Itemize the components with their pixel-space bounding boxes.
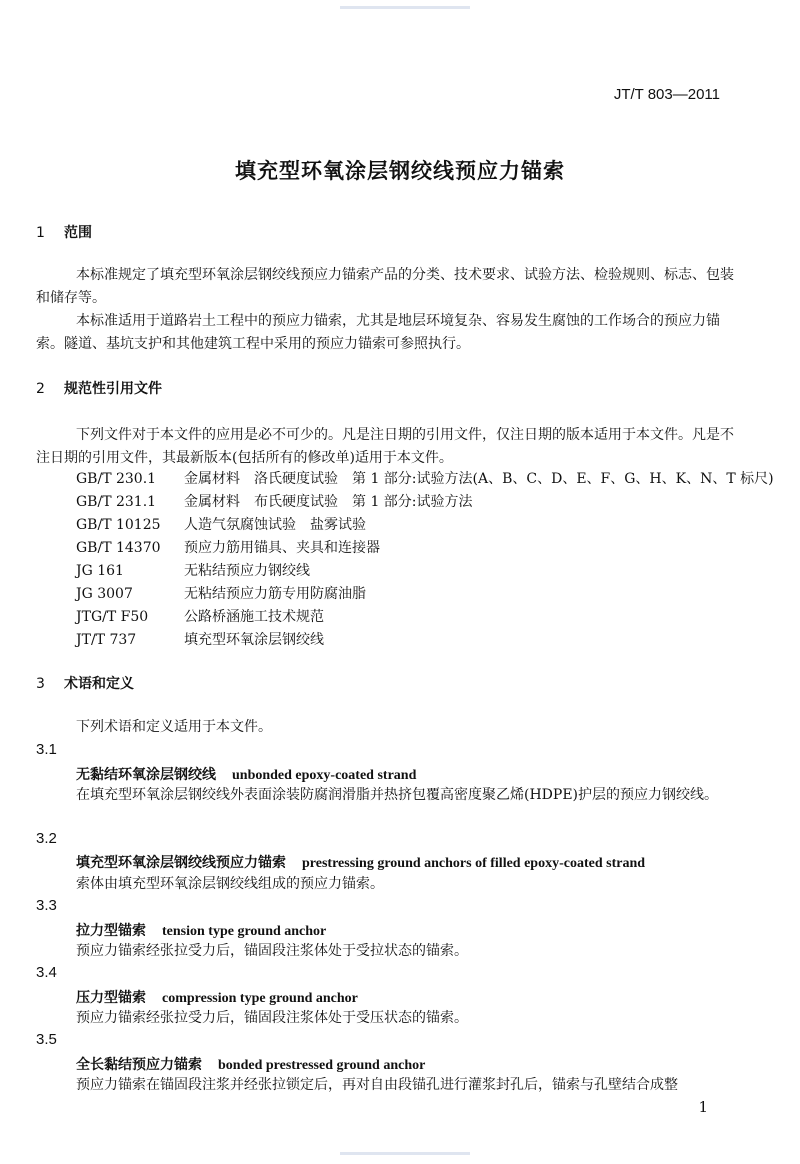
term-zh: 拉力型锚索 bbox=[76, 923, 146, 939]
section-title: 规范性引用文件 bbox=[64, 381, 162, 397]
section-heading-2: 2规范性引用文件 bbox=[36, 378, 162, 398]
reference-item: GB/T 10125人造气氛腐蚀试验 盐雾试验 bbox=[76, 514, 366, 537]
reference-code: JT/T 737 bbox=[76, 629, 184, 652]
reference-code: JTG/T F50 bbox=[76, 606, 184, 629]
term-number: 3.3 bbox=[36, 897, 57, 914]
term-heading: 填充型环氧涂层钢绞线预应力锚索prestressing ground ancho… bbox=[76, 852, 645, 872]
term-definition: 在填充型环氧涂层钢绞线外表面涂装防腐润滑脂并热挤包覆高密度聚乙烯(HDPE)护层… bbox=[36, 784, 736, 807]
section-number: 3 bbox=[36, 676, 64, 692]
term-heading: 全长黏结预应力锚索bonded prestressed ground ancho… bbox=[76, 1054, 425, 1074]
section-number: 2 bbox=[36, 381, 64, 397]
section-title: 术语和定义 bbox=[64, 676, 134, 692]
reference-title: 预应力筋用锚具、夹具和连接器 bbox=[184, 540, 380, 556]
watermark-bottom bbox=[340, 1152, 470, 1155]
term-definition: 预应力锚索经张拉受力后，锚固段注浆体处于受拉状态的锚索。 bbox=[76, 940, 736, 963]
term-zh: 压力型锚索 bbox=[76, 990, 146, 1006]
section-title: 范围 bbox=[64, 225, 92, 241]
paragraph: 下列文件对于本文件的应用是必不可少的。凡是注日期的引用文件，仅注日期的版本适用于… bbox=[36, 424, 736, 470]
reference-item: JT/T 737填充型环氧涂层钢绞线 bbox=[76, 629, 324, 652]
section-heading-1: 1范围 bbox=[36, 222, 92, 242]
term-en: prestressing ground anchors of filled ep… bbox=[302, 856, 645, 871]
reference-item: GB/T 14370预应力筋用锚具、夹具和连接器 bbox=[76, 537, 380, 560]
reference-title: 金属材料 布氏硬度试验 第 1 部分:试验方法 bbox=[184, 494, 473, 510]
section-heading-3: 3术语和定义 bbox=[36, 673, 134, 693]
term-heading: 无黏结环氧涂层钢绞线unbonded epoxy-coated strand bbox=[76, 764, 416, 784]
reference-code: GB/T 230.1 bbox=[76, 468, 184, 491]
watermark-top bbox=[340, 6, 470, 9]
reference-title: 人造气氛腐蚀试验 盐雾试验 bbox=[184, 517, 366, 533]
reference-code: GB/T 10125 bbox=[76, 514, 184, 537]
reference-item: JG 3007无粘结预应力筋专用防腐油脂 bbox=[76, 583, 366, 606]
term-definition: 预应力锚索经张拉受力后，锚固段注浆体处于受压状态的锚索。 bbox=[76, 1007, 736, 1030]
term-heading: 拉力型锚索tension type ground anchor bbox=[76, 920, 326, 940]
standard-code: JT/T 803—2011 bbox=[614, 86, 720, 103]
page-number: 1 bbox=[698, 1098, 708, 1116]
reference-item: JTG/T F50公路桥涵施工技术规范 bbox=[76, 606, 324, 629]
term-definition: 预应力锚索在锚固段注浆并经张拉锁定后，再对自由段锚孔进行灌浆封孔后，锚索与孔壁结… bbox=[76, 1074, 736, 1097]
term-number: 3.5 bbox=[36, 1031, 57, 1048]
term-en: bonded prestressed ground anchor bbox=[218, 1058, 425, 1073]
term-heading: 压力型锚索compression type ground anchor bbox=[76, 987, 358, 1007]
term-zh: 全长黏结预应力锚索 bbox=[76, 1057, 202, 1073]
term-en: compression type ground anchor bbox=[162, 991, 358, 1006]
paragraph: 下列术语和定义适用于本文件。 bbox=[36, 716, 736, 739]
term-definition: 索体由填充型环氧涂层钢绞线组成的预应力锚索。 bbox=[76, 873, 736, 896]
reference-code: GB/T 14370 bbox=[76, 537, 184, 560]
term-number: 3.2 bbox=[36, 830, 57, 847]
term-number: 3.4 bbox=[36, 964, 57, 981]
term-number: 3.1 bbox=[36, 741, 57, 758]
reference-code: JG 3007 bbox=[76, 583, 184, 606]
term-en: tension type ground anchor bbox=[162, 924, 326, 939]
reference-code: GB/T 231.1 bbox=[76, 491, 184, 514]
reference-item: GB/T 231.1金属材料 布氏硬度试验 第 1 部分:试验方法 bbox=[76, 491, 473, 514]
term-zh: 无黏结环氧涂层钢绞线 bbox=[76, 767, 216, 783]
reference-title: 无粘结预应力筋专用防腐油脂 bbox=[184, 586, 366, 602]
reference-title: 填充型环氧涂层钢绞线 bbox=[184, 632, 324, 648]
reference-title: 金属材料 洛氏硬度试验 第 1 部分:试验方法(A、B、C、D、E、F、G、H、… bbox=[184, 471, 774, 487]
term-zh: 填充型环氧涂层钢绞线预应力锚索 bbox=[76, 855, 286, 871]
reference-item: GB/T 230.1金属材料 洛氏硬度试验 第 1 部分:试验方法(A、B、C、… bbox=[76, 468, 774, 491]
reference-title: 无粘结预应力钢绞线 bbox=[184, 563, 310, 579]
reference-title: 公路桥涵施工技术规范 bbox=[184, 609, 324, 625]
reference-code: JG 161 bbox=[76, 560, 184, 583]
paragraph: 本标准规定了填充型环氧涂层钢绞线预应力锚索产品的分类、技术要求、试验方法、检验规… bbox=[36, 264, 736, 310]
reference-item: JG 161无粘结预应力钢绞线 bbox=[76, 560, 310, 583]
document-title: 填充型环氧涂层钢绞线预应力锚索 bbox=[0, 155, 800, 185]
paragraph: 本标准适用于道路岩土工程中的预应力锚索，尤其是地层环境复杂、容易发生腐蚀的工作场… bbox=[36, 310, 736, 356]
term-en: unbonded epoxy-coated strand bbox=[232, 768, 416, 783]
section-number: 1 bbox=[36, 225, 64, 241]
